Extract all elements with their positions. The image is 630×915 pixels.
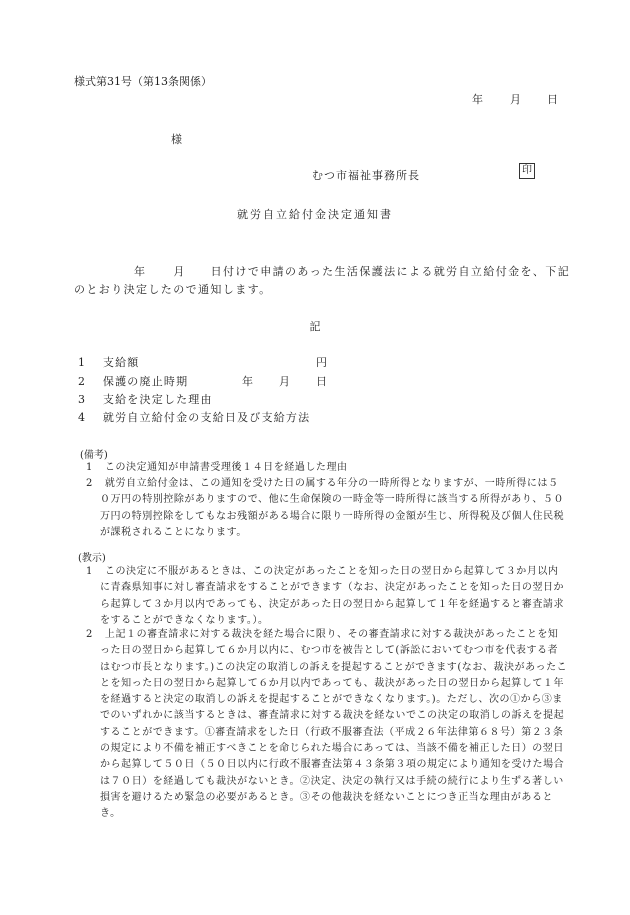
termination-month-label: 月 [279,373,291,389]
intro-text: 日付けで申請のあった生活保護法による就労自立給付金を、下記 [211,265,571,278]
entry-number: 1 [86,462,93,473]
entry-text: 上記１の審査請求に対する裁決を経た場合に限り、その審査請求に対する裁決があったこ… [100,629,567,819]
instructions-heading: (教示) [78,549,106,564]
entry-text: この決定に不服があるときは、この決定があったことを知った日の翌日から起算して３か… [100,566,564,626]
issuer-name: むつ市福祉事務所長 [312,167,420,183]
item-label: 保護の廃止時期 [103,375,188,388]
form-number: 様式第31号（第13条関係） [74,73,212,89]
seal-stamp: 印 [519,163,535,179]
entry-text: 就労自立給付金は、この通知を受けた日の属する年分の一時所得となりますが、一時所得… [100,478,564,538]
entry-number: 2 [86,478,93,489]
item-number: 4 [78,411,86,424]
item-number: 1 [78,356,86,369]
termination-day-label: 日 [316,373,328,389]
item-payment-method: 4 就労自立給付金の支給日及び支給方法 [78,409,310,425]
document-title: 就労自立給付金決定通知書 [0,206,630,222]
instructions-entry-1: 1この決定に不服があるときは、この決定があったことを知った日の翌日から起算して３… [86,564,568,629]
remarks-heading: (備考) [80,446,108,461]
item-number: 2 [78,375,86,388]
date-day-label: 日 [547,91,558,107]
termination-year-label: 年 [242,373,254,389]
instructions-entry-2: 2上記１の審査請求に対する裁決を経た場合に限り、その審査請求に対する裁決があった… [86,627,568,823]
item-label: 支給額 [103,356,140,369]
item-reason: 3 支給を決定した理由 [78,391,213,407]
amount-unit: 円 [316,354,328,370]
remarks-entry-1: 1この決定通知が申請書受理後１４日を経過した理由 [86,460,568,476]
intro-line-2: のとおり決定したので通知します。 [74,281,272,297]
intro-line-1: 年 月 日付けで申請のあった生活保護法による就労自立給付金を、下記 [74,263,570,279]
item-termination-date: 2 保護の廃止時期 [78,373,188,389]
ki-heading: 記 [0,318,630,334]
recipient-honorific: 様 [171,131,182,147]
entry-text: この決定通知が申請書受理後１４日を経過した理由 [105,462,348,473]
entry-number: 1 [86,566,93,577]
date-month-label: 月 [510,91,521,107]
entry-number: 2 [86,629,93,640]
item-amount: 1 支給額 [78,354,140,370]
intro-year-label: 年 [134,265,146,278]
item-label: 支給を決定した理由 [103,393,213,406]
item-number: 3 [78,393,86,406]
item-label: 就労自立給付金の支給日及び支給方法 [103,411,310,424]
intro-month-label: 月 [173,265,185,278]
date-year-label: 年 [472,91,483,107]
remarks-entry-2: 2就労自立給付金は、この通知を受けた日の属する年分の一時所得となりますが、一時所… [86,476,568,541]
